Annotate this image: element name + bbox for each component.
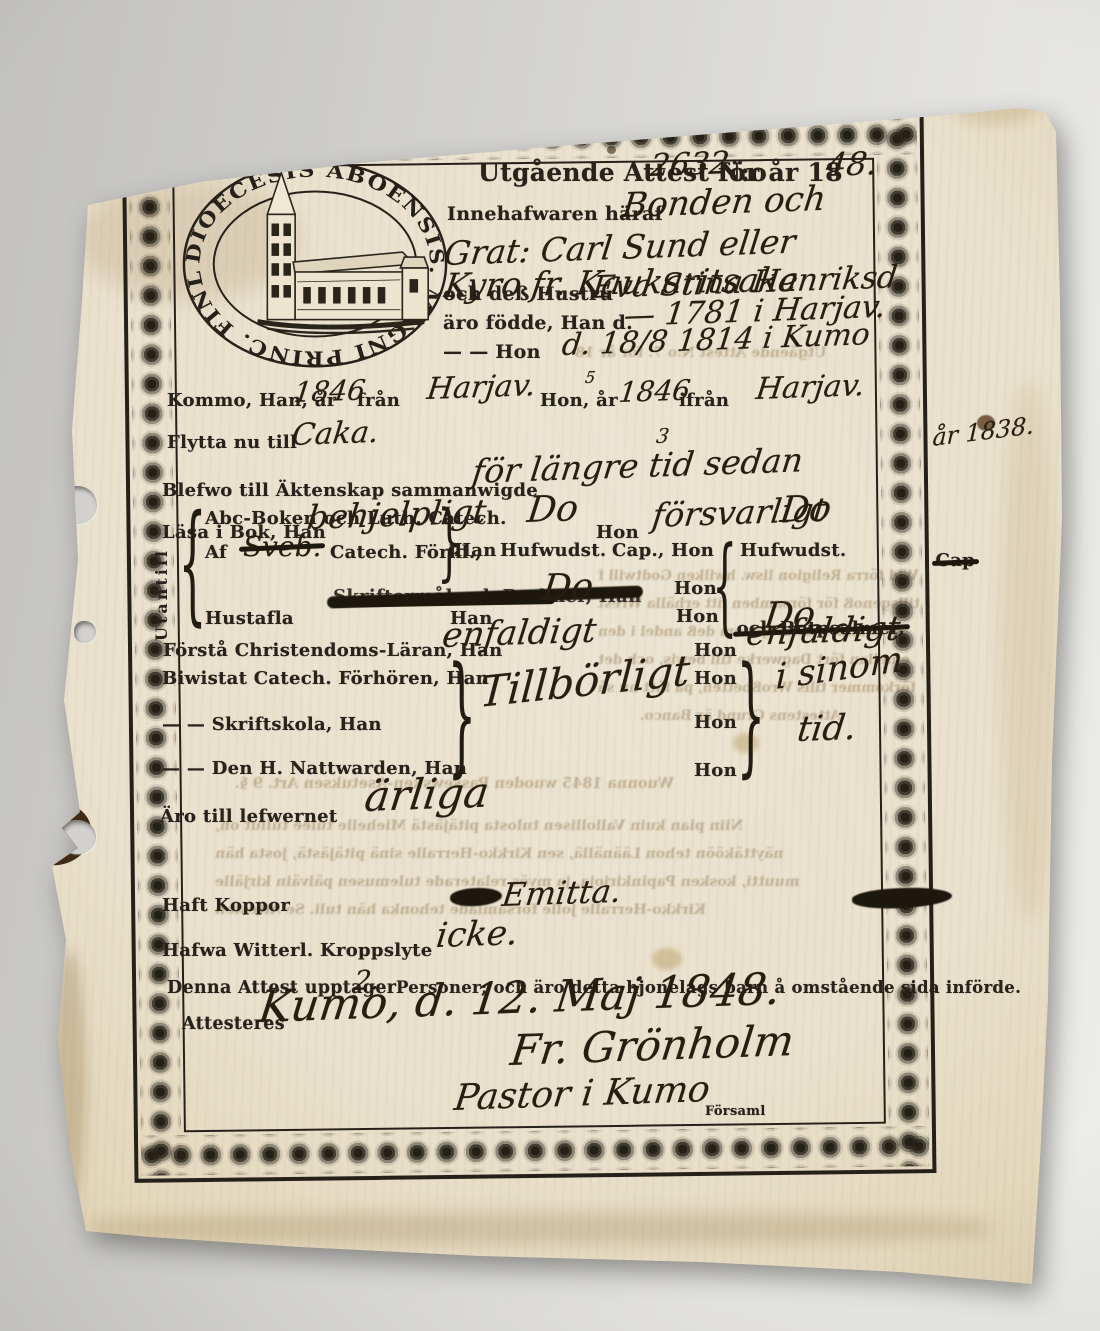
stain <box>90 1212 990 1244</box>
hw-from-han: Harjav. <box>425 368 538 407</box>
utantill-row4-pre: Hustafla <box>205 608 294 629</box>
utantill-row2-cap-hon: Cap., Hon <box>612 540 714 561</box>
label-skriftskola-hon: Hon <box>694 712 737 733</box>
hw-tid: tid. <box>795 708 859 750</box>
label-hustru: och deß Hustru <box>443 283 613 305</box>
stain <box>52 950 86 1210</box>
hw-signature: Fr. Grönholm <box>508 1016 797 1075</box>
hw-year-han: 1846 <box>292 373 367 409</box>
hw-do2: Do <box>778 488 834 531</box>
stain <box>940 55 1050 125</box>
utantill-row3-hon: Hon <box>674 578 717 599</box>
label-skriftskola: — — Skriftskola, Han <box>162 714 382 735</box>
photograph-of-certificate: Utgående Attest N:o 7. för år 18 Wid för… <box>0 0 1100 1331</box>
diocese-seal: DIOECESIS ABOENSIS. MAGNI PRINC. FINL. <box>176 152 454 380</box>
label-utantill-vertical: Utantill <box>152 548 171 641</box>
utantill-row2-hufwudst2: Hufwudst. <box>740 540 846 561</box>
stain <box>250 66 360 121</box>
stain <box>1000 380 1058 920</box>
label-nattwarden-hon: Hon <box>694 760 737 781</box>
label-biwistat: Biwistat Catech. Förhören, Han <box>162 668 489 689</box>
utantill-row2-cap2-struck: Cap <box>936 550 975 571</box>
stain <box>160 152 176 166</box>
label-hon-ar: Hon, år <box>540 390 618 411</box>
label-flytta: Flytta nu till <box>167 432 297 453</box>
hw-do1: Do <box>525 488 581 531</box>
hw-do3: Do <box>540 566 596 609</box>
brace-close-biwistat: } <box>448 650 477 780</box>
brace-close-hon-col: } <box>737 650 766 780</box>
hw-struck-sveb: Sveb. <box>243 530 321 563</box>
hw-from-hon: Harjav. <box>754 368 867 407</box>
utantill-row2-af: Af <box>205 542 227 563</box>
label-ifran: ifrån <box>679 390 729 411</box>
utantill-row3-obliterated: Skriftermål och Psalmer, Han <box>333 586 641 607</box>
paper-sheet: Utgående Attest N:o 7. för år 18 Wid för… <box>0 0 1100 1331</box>
utantill-row1: Abc-Boken och Luth. Catech. <box>205 508 507 529</box>
label-koppor: Haft Koppor <box>162 895 290 916</box>
attest-year-handwritten: 48. <box>824 144 880 184</box>
label-fran: från <box>357 390 400 411</box>
punch-hole <box>74 621 96 643</box>
hw-kroppslyte: icke. <box>434 913 520 956</box>
brace-open-utantill: { <box>178 500 206 630</box>
label-forsta-hon: Hon <box>694 640 737 661</box>
label-kroppslyte: Hafwa Witterl. Kroppslyte <box>162 940 433 961</box>
hw-lefwernet: ärliga <box>362 767 492 821</box>
hw-vigde-year: år 1838. <box>932 411 1034 452</box>
utantill-row2-hufwudst: Hufwudst. <box>500 540 606 561</box>
printed-forsaml: Församl <box>705 1104 766 1119</box>
hw-koppor: Emitta. <box>500 872 624 914</box>
label-biwistat-hon: Hon <box>694 668 737 689</box>
punch-hole <box>60 820 96 854</box>
label-born-hon: — — Hon <box>443 341 541 363</box>
hw-holder-line1: Bonden och <box>620 179 828 226</box>
hw-flytta: Caka. <box>290 415 381 453</box>
punch-hole <box>59 486 97 524</box>
paper-sheet-wrap: Utgående Attest N:o 7. för år 18 Wid för… <box>0 0 1100 1331</box>
label-lefwernet: Äro till lefwernet <box>160 806 338 827</box>
utantill-row2-han: Han <box>454 540 497 561</box>
utantill-row4-hon: Hon <box>676 606 719 627</box>
